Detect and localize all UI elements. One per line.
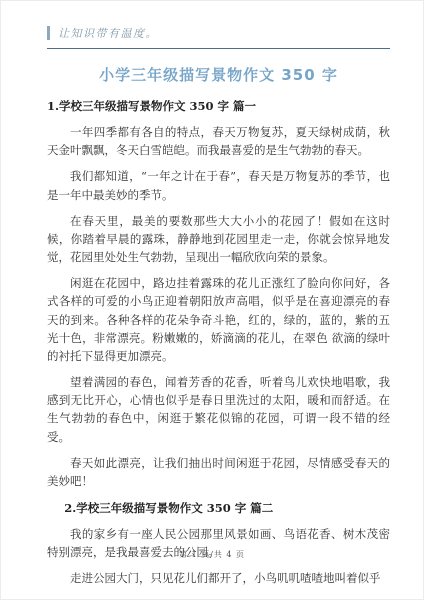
section-1-heading: 1.学校三年级描写景物作文 350 字 篇一 <box>47 97 390 115</box>
paragraph: 望着满园的春色，闻着芳香的花香，听着鸟儿欢快地唱歌，我感到无比开心，心情也似乎是… <box>47 373 390 446</box>
paragraph: 一年四季都有各自的特点，春天万物复苏，夏天绿树成荫，秋天金叶飘飘，冬天白雪皑皑。… <box>47 123 390 159</box>
paragraph: 在春天里，最美的要数那些大大小小的花园了！假如在这时候，你踏着早晨的露珠，静静地… <box>47 212 390 266</box>
paragraph: 我们都知道，“一年之计在于春”，春天是万物复苏的季节，也是一年中最美妙的季节。 <box>47 167 390 203</box>
header-slogan: 让知识带有温度。 <box>58 25 158 41</box>
document-title: 小学三年级描写景物作文 350 字 <box>47 64 390 85</box>
page-header: 让知识带有温度。 <box>47 25 390 49</box>
paragraph: 春天如此漂亮，让我们抽出时间闲逛于花园，尽情感受春天的美妙吧！ <box>47 454 390 490</box>
paragraph: 走进公园大门，只见花儿们都开了，小鸟叽叽喳喳地叫着似乎 <box>47 569 390 587</box>
document-page: 让知识带有温度。 小学三年级描写景物作文 350 字 1.学校三年级描写景物作文… <box>0 0 424 600</box>
header-slogan-row: 让知识带有温度。 <box>47 25 390 41</box>
section-2-heading: 2.学校三年级描写景物作文 350 字 篇二 <box>47 499 390 517</box>
essay-body: 1.学校三年级描写景物作文 350 字 篇一 一年四季都有各自的特点，春天万物复… <box>47 97 390 588</box>
accent-bar <box>47 26 50 40</box>
header-rule <box>47 48 390 49</box>
page-number: 第 1 页/共 4 页 <box>0 549 424 560</box>
paragraph: 闲逛在花园中，路边挂着露珠的花儿正涨红了脸向你问好，各式各样的可爱的小鸟正迎着朝… <box>47 274 390 365</box>
